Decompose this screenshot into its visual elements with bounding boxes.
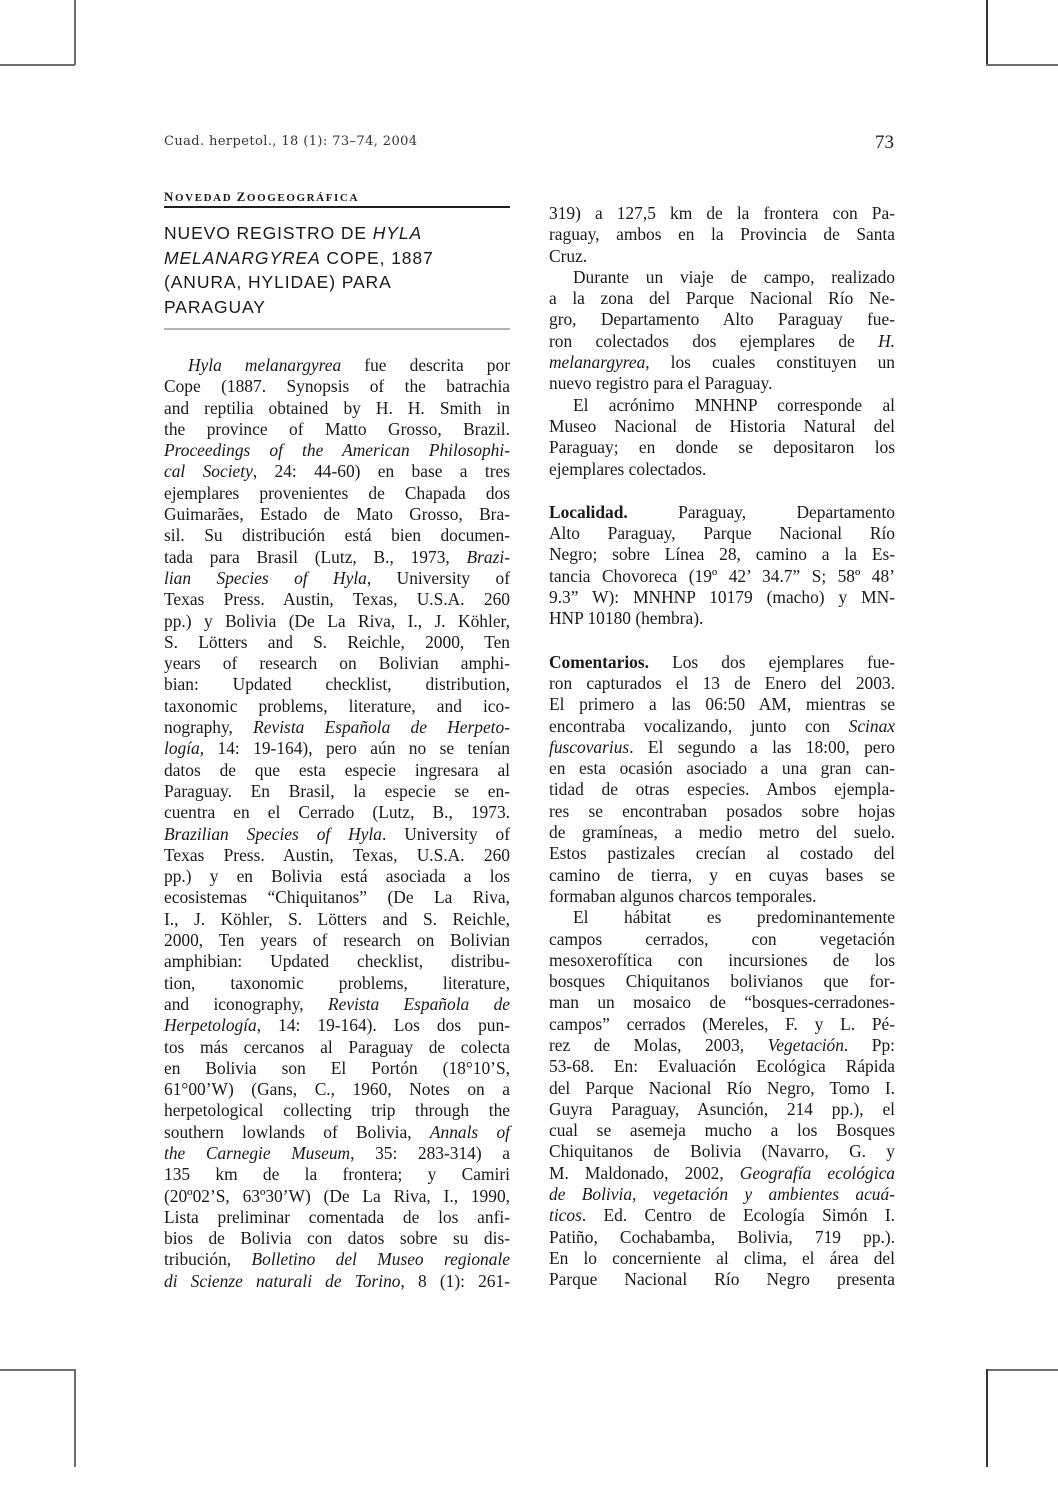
- text-line: mesoxerofítica con incursiones de los: [549, 950, 895, 971]
- text-line: Comentarios. Los dos ejemplares fue-: [549, 652, 895, 673]
- text-line: cual se asemeja mucho a los Bosques: [549, 1120, 895, 1141]
- text-line: bosques Chiquitanos bolivianos que for-: [549, 971, 895, 992]
- text-line: amphibian: Updated checklist, distribu-: [164, 951, 510, 972]
- text-line: tada para Brasil (Lutz, B., 1973, Brazi-: [164, 547, 510, 568]
- text-line: Cope (1887. Synopsis of the batrachia: [164, 376, 510, 397]
- paragraph-heading: Comentarios.: [549, 652, 649, 672]
- text-line: En lo concerniente al clima, el área del: [549, 1248, 895, 1269]
- text-line: Brazilian Species of Hyla. University of: [164, 824, 510, 845]
- paragraph-heading: Localidad.: [549, 502, 628, 522]
- journal-citation: Cuad. herpetol., 18 (1): 73–74, 2004: [164, 134, 418, 149]
- crop-mark-top-right-horizontal: [986, 64, 1058, 66]
- text-line: taxonomic problems, literature, and ico-: [164, 696, 510, 717]
- text-line: gro, Departamento Alto Paraguay fue-: [549, 309, 895, 330]
- text-line: ron colectados dos ejemplares de H.: [549, 331, 895, 352]
- text-line: formaban algunos charcos temporales.: [549, 886, 895, 907]
- crop-mark-bottom-left-vertical: [74, 1369, 76, 1467]
- text-line: ticos. Ed. Centro de Ecología Simón I.: [549, 1205, 895, 1226]
- text-line: de Bolivia, vegetación y ambientes acuá-: [549, 1184, 895, 1205]
- article-title: NUEVO REGISTRO DE HYLA MELANARGYREA COPE…: [164, 221, 510, 319]
- crop-mark-top-left-horizontal: [0, 64, 75, 66]
- text-line: HNP 10180 (hembra).: [549, 608, 895, 629]
- title-rule: [164, 328, 510, 330]
- text-line: del Parque Nacional Río Negro, Tomo I.: [549, 1078, 895, 1099]
- text-line: campos” cerrados (Mereles, F. y L. Pé-: [549, 1014, 895, 1035]
- text-line: and reptilia obtained by H. H. Smith in: [164, 398, 510, 419]
- text-line: the Carnegie Museum, 35: 283-314) a: [164, 1143, 510, 1164]
- text-line: Guimarães, Estado de Mato Grosso, Bra-: [164, 504, 510, 525]
- text-line: nography, Revista Española de Herpeto-: [164, 717, 510, 738]
- title-line: MELANARGYREA COPE, 1887: [164, 246, 510, 271]
- text-line: en Bolivia son El Portón (18°10’S,: [164, 1058, 510, 1079]
- text-line: tos más cercanos al Paraguay de colecta: [164, 1037, 510, 1058]
- text-line: camino de tierra, y en cuyas bases se: [549, 865, 895, 886]
- text-line: Durante un viaje de campo, realizado: [549, 267, 895, 288]
- text-line: Estos pastizales crecían al costado del: [549, 843, 895, 864]
- text-line: encontraba vocalizando, junto con Scinax: [549, 716, 895, 737]
- text-line: Paraguay; en donde se depositaron los: [549, 437, 895, 458]
- text-line: tidad de otras especies. Ambos ejempla-: [549, 779, 895, 800]
- text-line: res se encontraban posados sobre hojas: [549, 801, 895, 822]
- text-line: melanargyrea, los cuales constituyen un: [549, 352, 895, 373]
- text-line: pp.) y Bolivia (De La Riva, I., J. Köhle…: [164, 611, 510, 632]
- text-line: (20º02’S, 63º30’W) (De La Riva, I., 1990…: [164, 1186, 510, 1207]
- text-line: herpetological collecting trip through t…: [164, 1100, 510, 1121]
- text-line: M. Maldonado, 2002, Geografía ecológica: [549, 1163, 895, 1184]
- text-line: El primero a las 06:50 AM, mientras se: [549, 694, 895, 715]
- text-line: Chiquitanos de Bolivia (Navarro, G. y: [549, 1141, 895, 1162]
- text-line: Negro; sobre Línea 28, camino a la Es-: [549, 544, 895, 565]
- section-rule: [164, 206, 510, 208]
- text-line: S. Lötters and S. Reichle, 2000, Ten: [164, 632, 510, 653]
- text-line: 319) a 127,5 km de la frontera con Pa-: [549, 203, 895, 224]
- text-line: bian: Updated checklist, distribution,: [164, 674, 510, 695]
- text-line: the province of Matto Grosso, Brazil.: [164, 419, 510, 440]
- text-line: di Scienze naturali de Torino, 8 (1): 26…: [164, 1271, 510, 1292]
- text-line: Localidad. Paraguay, Departamento: [549, 502, 895, 523]
- text-line: Alto Paraguay, Parque Nacional Río: [549, 523, 895, 544]
- text-line: Lista preliminar comentada de los anfi-: [164, 1207, 510, 1228]
- text-line: ecosistemas “Chiquitanos” (De La Riva,: [164, 887, 510, 908]
- text-line: ejemplares provenientes de Chapada dos: [164, 483, 510, 504]
- text-line: raguay, ambos en la Provincia de Santa: [549, 224, 895, 245]
- title-line: (ANURA, HYLIDAE) PARA: [164, 270, 510, 295]
- title-line: NUEVO REGISTRO DE HYLA: [164, 221, 510, 246]
- text-line: rez de Molas, 2003, Vegetación. Pp:: [549, 1035, 895, 1056]
- text-line: Cruz.: [549, 246, 895, 267]
- left-column: Hyla melanargyrea fue descrita porCope (…: [164, 355, 510, 1292]
- text-line: tancia Chovoreca (19º 42’ 34.7” S; 58º 4…: [549, 566, 895, 587]
- text-line: Paraguay. En Brasil, la especie se en-: [164, 781, 510, 802]
- crop-mark-top-left-vertical: [74, 0, 76, 65]
- text-line: bios de Bolivia con datos sobre su dis-: [164, 1228, 510, 1249]
- section-label: NOVEDAD ZOOGEOGRÁFICA: [164, 189, 359, 205]
- text-line: Texas Press. Austin, Texas, U.S.A. 260: [164, 589, 510, 610]
- text-line: Parque Nacional Río Negro presenta: [549, 1269, 895, 1290]
- text-line: years of research on Bolivian amphi-: [164, 653, 510, 674]
- text-line: fuscovarius. El segundo a las 18:00, per…: [549, 737, 895, 758]
- text-line: en esta ocasión asociado a una gran can-: [549, 758, 895, 779]
- text-line: cal Society, 24: 44-60) en base a tres: [164, 461, 510, 482]
- text-line: El acrónimo MNHNP corresponde al: [549, 395, 895, 416]
- crop-mark-bottom-left-horizontal: [0, 1369, 75, 1371]
- text-line: tribución, Bolletino del Museo regionale: [164, 1249, 510, 1270]
- text-line: 135 km de la frontera; y Camiri: [164, 1164, 510, 1185]
- text-line: ejemplares colectados.: [549, 459, 895, 480]
- crop-mark-bottom-right-vertical: [986, 1369, 988, 1467]
- page-number: 73: [875, 132, 894, 154]
- text-line: campos cerrados, con vegetación: [549, 929, 895, 950]
- text-line: southern lowlands of Bolivia, Annals of: [164, 1122, 510, 1143]
- text-line: El hábitat es predominantemente: [549, 907, 895, 928]
- text-line: a la zona del Parque Nacional Río Ne-: [549, 288, 895, 309]
- text-line: 2000, Ten years of research on Bolivian: [164, 930, 510, 951]
- crop-mark-bottom-right-horizontal: [986, 1369, 1058, 1371]
- text-line: man un mosaico de “bosques-cerradones-: [549, 992, 895, 1013]
- crop-mark-top-right-vertical: [986, 0, 988, 65]
- title-line: PARAGUAY: [164, 295, 510, 320]
- text-line: sil. Su distribución está bien documen-: [164, 525, 510, 546]
- text-line: nuevo registro para el Paraguay.: [549, 373, 895, 394]
- text-line: 61°00’W) (Gans, C., 1960, Notes on a: [164, 1079, 510, 1100]
- text-line: Herpetología, 14: 19-164). Los dos pun-: [164, 1015, 510, 1036]
- text-line: lian Species of Hyla, University of: [164, 568, 510, 589]
- text-line: Patiño, Cochabamba, Bolivia, 719 pp.).: [549, 1227, 895, 1248]
- text-line: Hyla melanargyrea fue descrita por: [164, 355, 510, 376]
- text-line: pp.) y en Bolivia está asociada a los: [164, 866, 510, 887]
- text-line: ron capturados el 13 de Enero del 2003.: [549, 673, 895, 694]
- text-line: de gramíneas, a medio metro del suelo.: [549, 822, 895, 843]
- text-line: cuentra en el Cerrado (Lutz, B., 1973.: [164, 802, 510, 823]
- paragraph-gap: [549, 480, 895, 502]
- text-line: Proceedings of the American Philosophi-: [164, 440, 510, 461]
- text-line: logía, 14: 19-164), pero aún no se tenía…: [164, 738, 510, 759]
- text-line: 53-68. En: Evaluación Ecológica Rápida: [549, 1056, 895, 1077]
- text-line: Texas Press. Austin, Texas, U.S.A. 260: [164, 845, 510, 866]
- text-line: 9.3” W): MNHNP 10179 (macho) y MN-: [549, 587, 895, 608]
- text-line: tion, taxonomic problems, literature,: [164, 973, 510, 994]
- text-line: and iconography, Revista Española de: [164, 994, 510, 1015]
- text-line: I., J. Köhler, S. Lötters and S. Reichle…: [164, 909, 510, 930]
- text-line: Guyra Paraguay, Asunción, 214 pp.), el: [549, 1099, 895, 1120]
- right-column: 319) a 127,5 km de la frontera con Pa-ra…: [549, 203, 895, 1291]
- text-line: datos de que esta especie ingresara al: [164, 760, 510, 781]
- running-head: Cuad. herpetol., 18 (1): 73–74, 2004 73: [164, 134, 894, 149]
- text-line: Museo Nacional de Historia Natural del: [549, 416, 895, 437]
- paragraph-gap: [549, 630, 895, 652]
